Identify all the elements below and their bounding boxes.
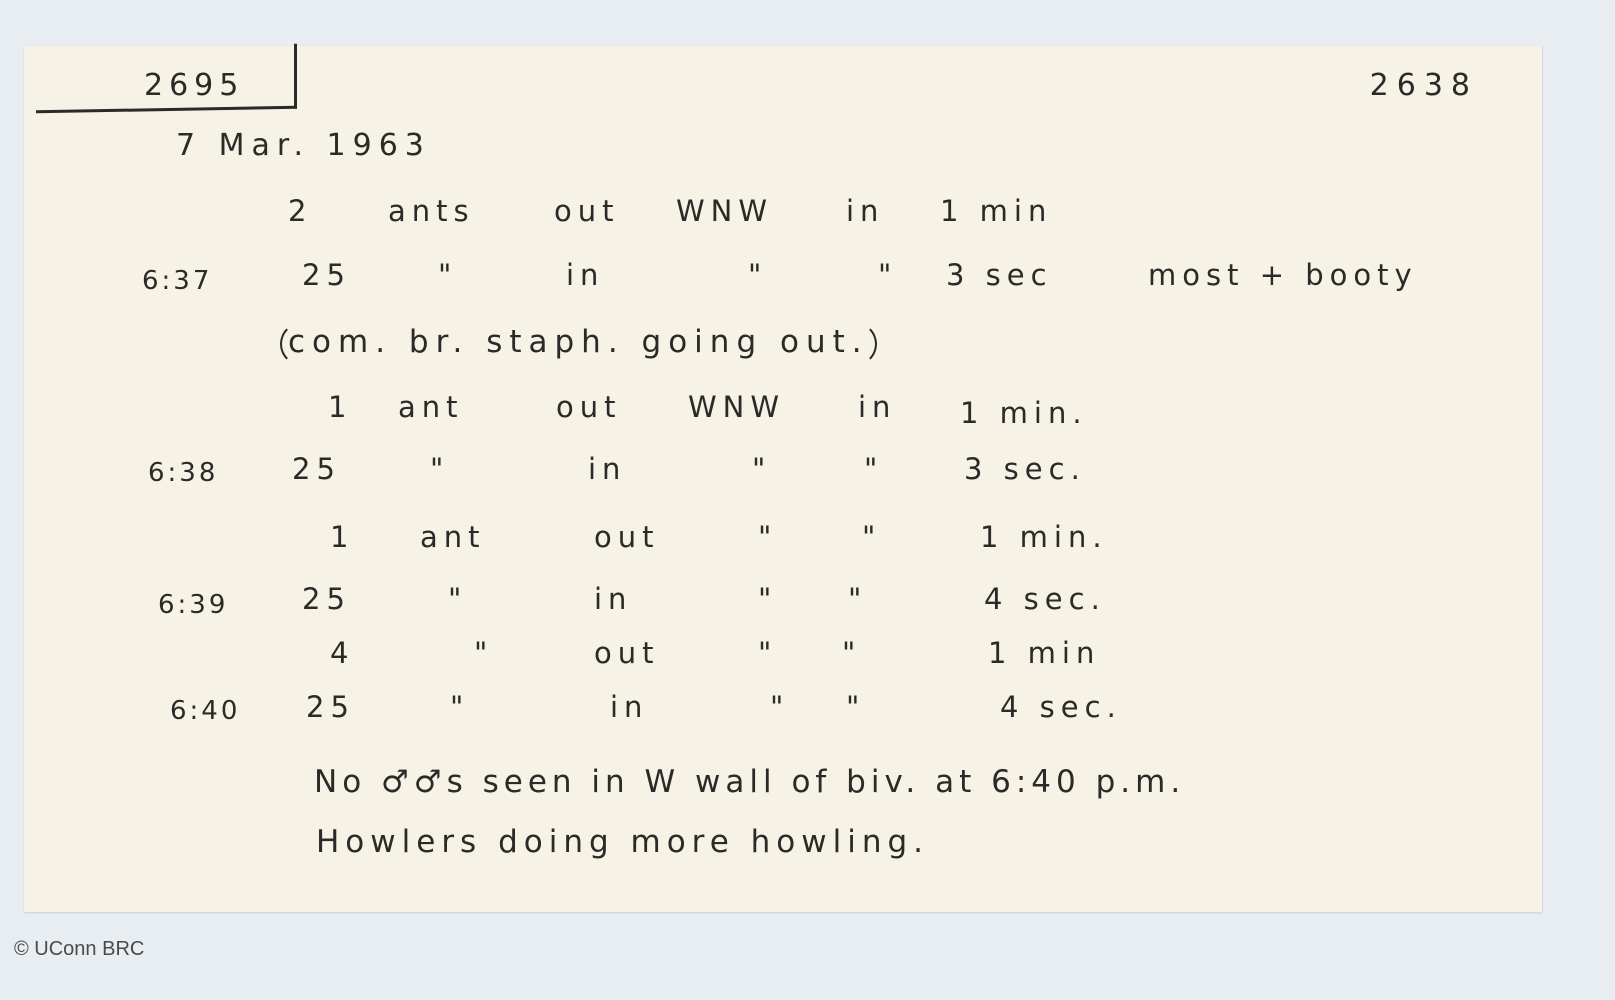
circled-note: com. br. staph. going out. — [280, 324, 877, 360]
observation-row: 6:39 25 " in " " 4 sec. — [24, 582, 1542, 626]
obs-heading: " — [758, 520, 777, 554]
obs-duration: 1 min — [940, 194, 1052, 228]
obs-count: 2 — [288, 194, 312, 228]
obs-heading: " — [748, 258, 767, 292]
obs-in: " — [846, 690, 865, 724]
obs-duration: 1 min. — [980, 520, 1108, 554]
obs-direction: in — [610, 690, 648, 724]
obs-time: 6:38 — [148, 458, 218, 488]
observation-row: 6:37 25 " in " " 3 sec most + booty — [24, 258, 1542, 302]
obs-direction: in — [594, 582, 632, 616]
obs-duration: 3 sec. — [964, 452, 1086, 486]
observation-row: 6:38 25 " in " " 3 sec. — [24, 452, 1542, 496]
catalog-number-right: 2638 — [1370, 68, 1478, 103]
observation-row: 6:40 25 " in " " 4 sec. — [24, 690, 1542, 734]
obs-subject: ant — [420, 520, 486, 554]
obs-count: 25 — [302, 258, 351, 292]
obs-count: 25 — [292, 452, 341, 486]
obs-subject: ants — [388, 194, 475, 228]
obs-in: " — [842, 636, 861, 670]
obs-count: 4 — [330, 636, 354, 670]
obs-count: 25 — [302, 582, 351, 616]
obs-time: 6:39 — [158, 590, 228, 620]
observation-row: 1 ant out " " 1 min. — [24, 520, 1542, 564]
obs-subject: " — [438, 258, 457, 292]
obs-duration: 1 min. — [960, 396, 1088, 430]
obs-direction: out — [556, 390, 622, 424]
obs-count: 25 — [306, 690, 355, 724]
circled-note-text: com. br. staph. going out. — [280, 322, 877, 366]
copyright-label: © UConn BRC — [14, 938, 144, 961]
field-note-card: 2695 2638 7 Mar. 1963 2 ants out WNW in … — [24, 46, 1542, 912]
obs-direction: in — [566, 258, 604, 292]
obs-subject: " — [430, 452, 449, 486]
catalog-number-boxed: 2695 — [144, 68, 244, 103]
obs-duration: 4 sec. — [984, 582, 1106, 616]
obs-in: " — [878, 258, 897, 292]
obs-in: " — [862, 520, 881, 554]
obs-time: 6:37 — [142, 266, 212, 296]
obs-duration: 1 min — [988, 636, 1100, 670]
obs-heading: " — [770, 690, 789, 724]
obs-heading: " — [758, 582, 777, 616]
obs-remark: most + booty — [1148, 258, 1418, 292]
obs-direction: in — [588, 452, 626, 486]
note-howlers: Howlers doing more howling. — [316, 824, 929, 860]
observation-row: 1 ant out WNW in 1 min. — [24, 390, 1542, 434]
obs-count: 1 — [328, 390, 352, 424]
obs-time: 6:40 — [170, 696, 240, 726]
obs-count: 1 — [330, 520, 354, 554]
obs-heading: " — [758, 636, 777, 670]
obs-in: " — [848, 582, 867, 616]
obs-in: in — [846, 194, 884, 228]
obs-heading: WNW — [676, 194, 773, 228]
obs-direction: out — [594, 636, 660, 670]
obs-in: in — [858, 390, 896, 424]
obs-subject: ant — [398, 390, 464, 424]
observation-row: 2 ants out WNW in 1 min — [24, 194, 1542, 238]
obs-heading: WNW — [688, 390, 785, 424]
obs-direction: out — [594, 520, 660, 554]
card-date: 7 Mar. 1963 — [176, 128, 431, 163]
obs-heading: " — [752, 452, 771, 486]
obs-subject: " — [450, 690, 469, 724]
obs-subject: " — [448, 582, 467, 616]
obs-in: " — [864, 452, 883, 486]
obs-subject: " — [474, 636, 493, 670]
observation-row: 4 " out " " 1 min — [24, 636, 1542, 680]
obs-duration: 3 sec — [946, 258, 1053, 292]
note-males-not-seen: No ♂♂s seen in W wall of biv. at 6:40 p.… — [314, 764, 1185, 800]
obs-duration: 4 sec. — [1000, 690, 1122, 724]
obs-direction: out — [554, 194, 620, 228]
